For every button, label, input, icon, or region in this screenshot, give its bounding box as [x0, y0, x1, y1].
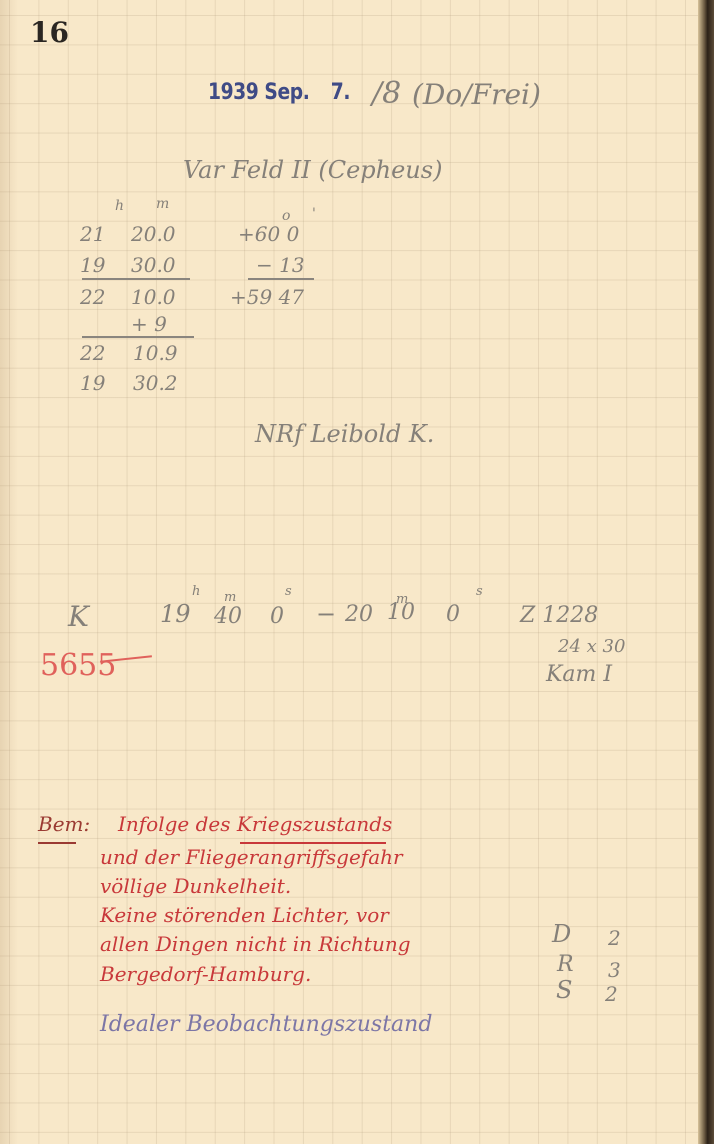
date-stamp: 1939 Sep. 7. — [208, 80, 350, 105]
ra-row-1-m: 20.0 — [131, 222, 176, 246]
remarks-underline-kriegszustand — [240, 842, 386, 844]
rating-value-d: 2 — [608, 926, 621, 950]
ra-row-2-m: 30.0 — [131, 253, 176, 277]
weekday: (Do/Frei) — [412, 78, 541, 111]
dec-row-3: +59 47 — [230, 285, 304, 309]
remarks-label: Bem: — [38, 812, 90, 836]
ra-unit-m: m — [156, 196, 169, 212]
ra-row-3-h: 22 — [80, 285, 105, 309]
dec-unit-min: ' — [312, 206, 316, 222]
exposure-unit-s-2: s — [476, 584, 483, 599]
remarks-line-4: Keine störenden Lichter, vor — [100, 903, 389, 927]
plate-info-line3: Kam I — [546, 662, 612, 687]
exposure-unit-m-2: m — [396, 592, 408, 607]
rating-label-s: S — [556, 976, 572, 1004]
page-edge-shadow — [0, 0, 18, 1144]
exposure-start-m: 40 — [214, 604, 242, 629]
exposure-unit-s-1: s — [285, 584, 292, 599]
remarks-line-5: allen Dingen nicht in Richtung — [100, 932, 411, 956]
sum-rule-1 — [82, 278, 190, 280]
ra-row-5-h: 22 — [80, 341, 105, 365]
rating-value-s: 2 — [605, 982, 618, 1006]
ra-row-4-m: + 9 — [131, 312, 167, 336]
exposure-dash: − — [316, 600, 336, 628]
remarks-line-3: völlige Dunkelheit. — [100, 874, 291, 898]
observer-note: NRf Leibold K. — [255, 420, 434, 448]
page-number: 16 — [30, 16, 69, 49]
dec-row-2: − 13 — [256, 253, 305, 277]
ra-unit-h: h — [115, 198, 124, 214]
exposure-end-s: 0 — [446, 602, 460, 627]
ra-row-5-m: 10.9 — [133, 341, 178, 365]
remarks-line-2: und der Fliegerangriffsgefahr — [100, 845, 403, 869]
rating-value-r: 3 — [608, 958, 621, 982]
ra-row-2-h: 19 — [80, 253, 105, 277]
exposure-start-h: 19 — [160, 600, 191, 628]
notebook-binding — [698, 0, 714, 1144]
dec-row-1: +60 0 — [238, 222, 299, 246]
stamp-day: 7. — [331, 80, 350, 105]
hand-day: /8 — [372, 76, 401, 111]
sum-rule-2 — [82, 336, 194, 338]
remarks-line-6: Bergedorf-Hamburg. — [100, 962, 311, 986]
dec-sum-rule — [248, 278, 314, 280]
ra-row-6-h: 19 — [80, 371, 105, 395]
exposure-label: K — [68, 600, 89, 633]
exposure-unit-h: h — [192, 584, 200, 599]
ra-row-3-m: 10.0 — [131, 285, 176, 309]
exposure-end-h: 20 — [345, 602, 373, 627]
plate-info-line2: 24 x 30 — [558, 636, 625, 657]
remarks-line-1: Infolge des Kriegszustands — [118, 812, 392, 836]
ra-row-1-h: 21 — [80, 222, 105, 246]
exposure-start-s: 0 — [270, 604, 284, 629]
ra-row-6-m: 30.2 — [133, 371, 178, 395]
stamp-year-month: 1939 Sep. — [208, 80, 309, 105]
field-title: Var Feld II (Cepheus) — [183, 156, 442, 184]
exposure-unit-m-1: m — [224, 590, 236, 605]
rating-label-d: D — [552, 920, 571, 948]
rating-label-r: R — [557, 952, 574, 977]
plate-info-line1: Z 1228 — [520, 603, 598, 628]
remarks-label-underline — [38, 842, 76, 844]
remarks-closing: Idealer Beobachtungszustand — [100, 1012, 432, 1037]
plate-number: 5655 — [40, 648, 116, 683]
